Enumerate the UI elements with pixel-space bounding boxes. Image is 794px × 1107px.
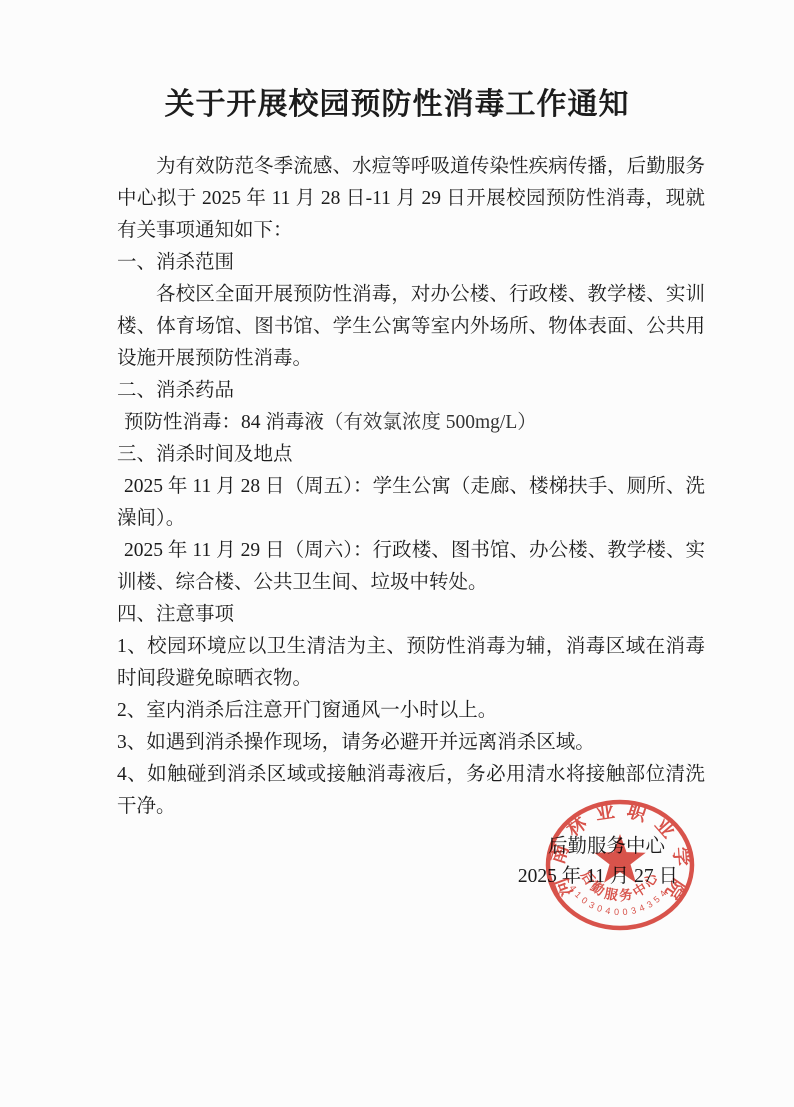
section-1-heading: 一、消杀范围 [117,247,705,279]
disinfectant-line: 预防性消毒：84 消毒液（有效氯浓度 500mg/L） [117,407,705,439]
section-2-heading: 二、消杀药品 [117,375,705,407]
section-3-heading: 三、消杀时间及地点 [117,439,705,471]
notice-item-1: 1、校园环境应以卫生清洁为主、预防性消毒为辅，消毒区域在消毒时间段避免晾晒衣物。 [117,631,705,695]
notice-title: 关于开展校园预防性消毒工作通知 [89,84,705,126]
schedule-day2: 2025 年 11 月 29 日（周六）：行政楼、图书馆、办公楼、教学楼、实训楼… [117,535,705,599]
document-content: 关于开展校园预防性消毒工作通知 为有效防范冬季流感、水痘等呼吸道传染性疾病传播，… [89,84,705,892]
section-4-heading: 四、注意事项 [117,599,705,631]
signature-org: 后勤服务中心 [89,832,665,862]
document-page: 关于开展校园预防性消毒工作通知 为有效防范冬季流感、水痘等呼吸道传染性疾病传播，… [0,0,794,1107]
signature-block: 后勤服务中心 2025 年 11 月 27 日 [89,832,705,892]
notice-item-3: 3、如遇到消杀操作现场，请务必避开并远离消杀区域。 [117,727,705,759]
signature-date: 2025 年 11 月 27 日 [89,862,678,892]
disinfectant-note: （有效氯浓度 500mg/L） [324,412,537,433]
notice-item-4: 4、如触碰到消杀区域或接触消毒液后，务必用清水将接触部位清洗干净。 [117,759,705,823]
disinfectant-text: 预防性消毒：84 消毒液 [124,412,324,433]
notice-body: 为有效防范冬季流感、水痘等呼吸道传染性疾病传播，后勤服务中心拟于 2025 年 … [117,151,705,823]
schedule-day1: 2025 年 11 月 28 日（周五）：学生公寓（走廊、楼梯扶手、厕所、洗澡间… [117,471,705,535]
section-1-paragraph: 各校区全面开展预防性消毒，对办公楼、行政楼、教学楼、实训楼、体育场馆、图书馆、学… [117,279,705,375]
notice-item-2: 2、室内消杀后注意开门窗通风一小时以上。 [117,695,705,727]
intro-paragraph: 为有效防范冬季流感、水痘等呼吸道传染性疾病传播，后勤服务中心拟于 2025 年 … [117,151,705,247]
